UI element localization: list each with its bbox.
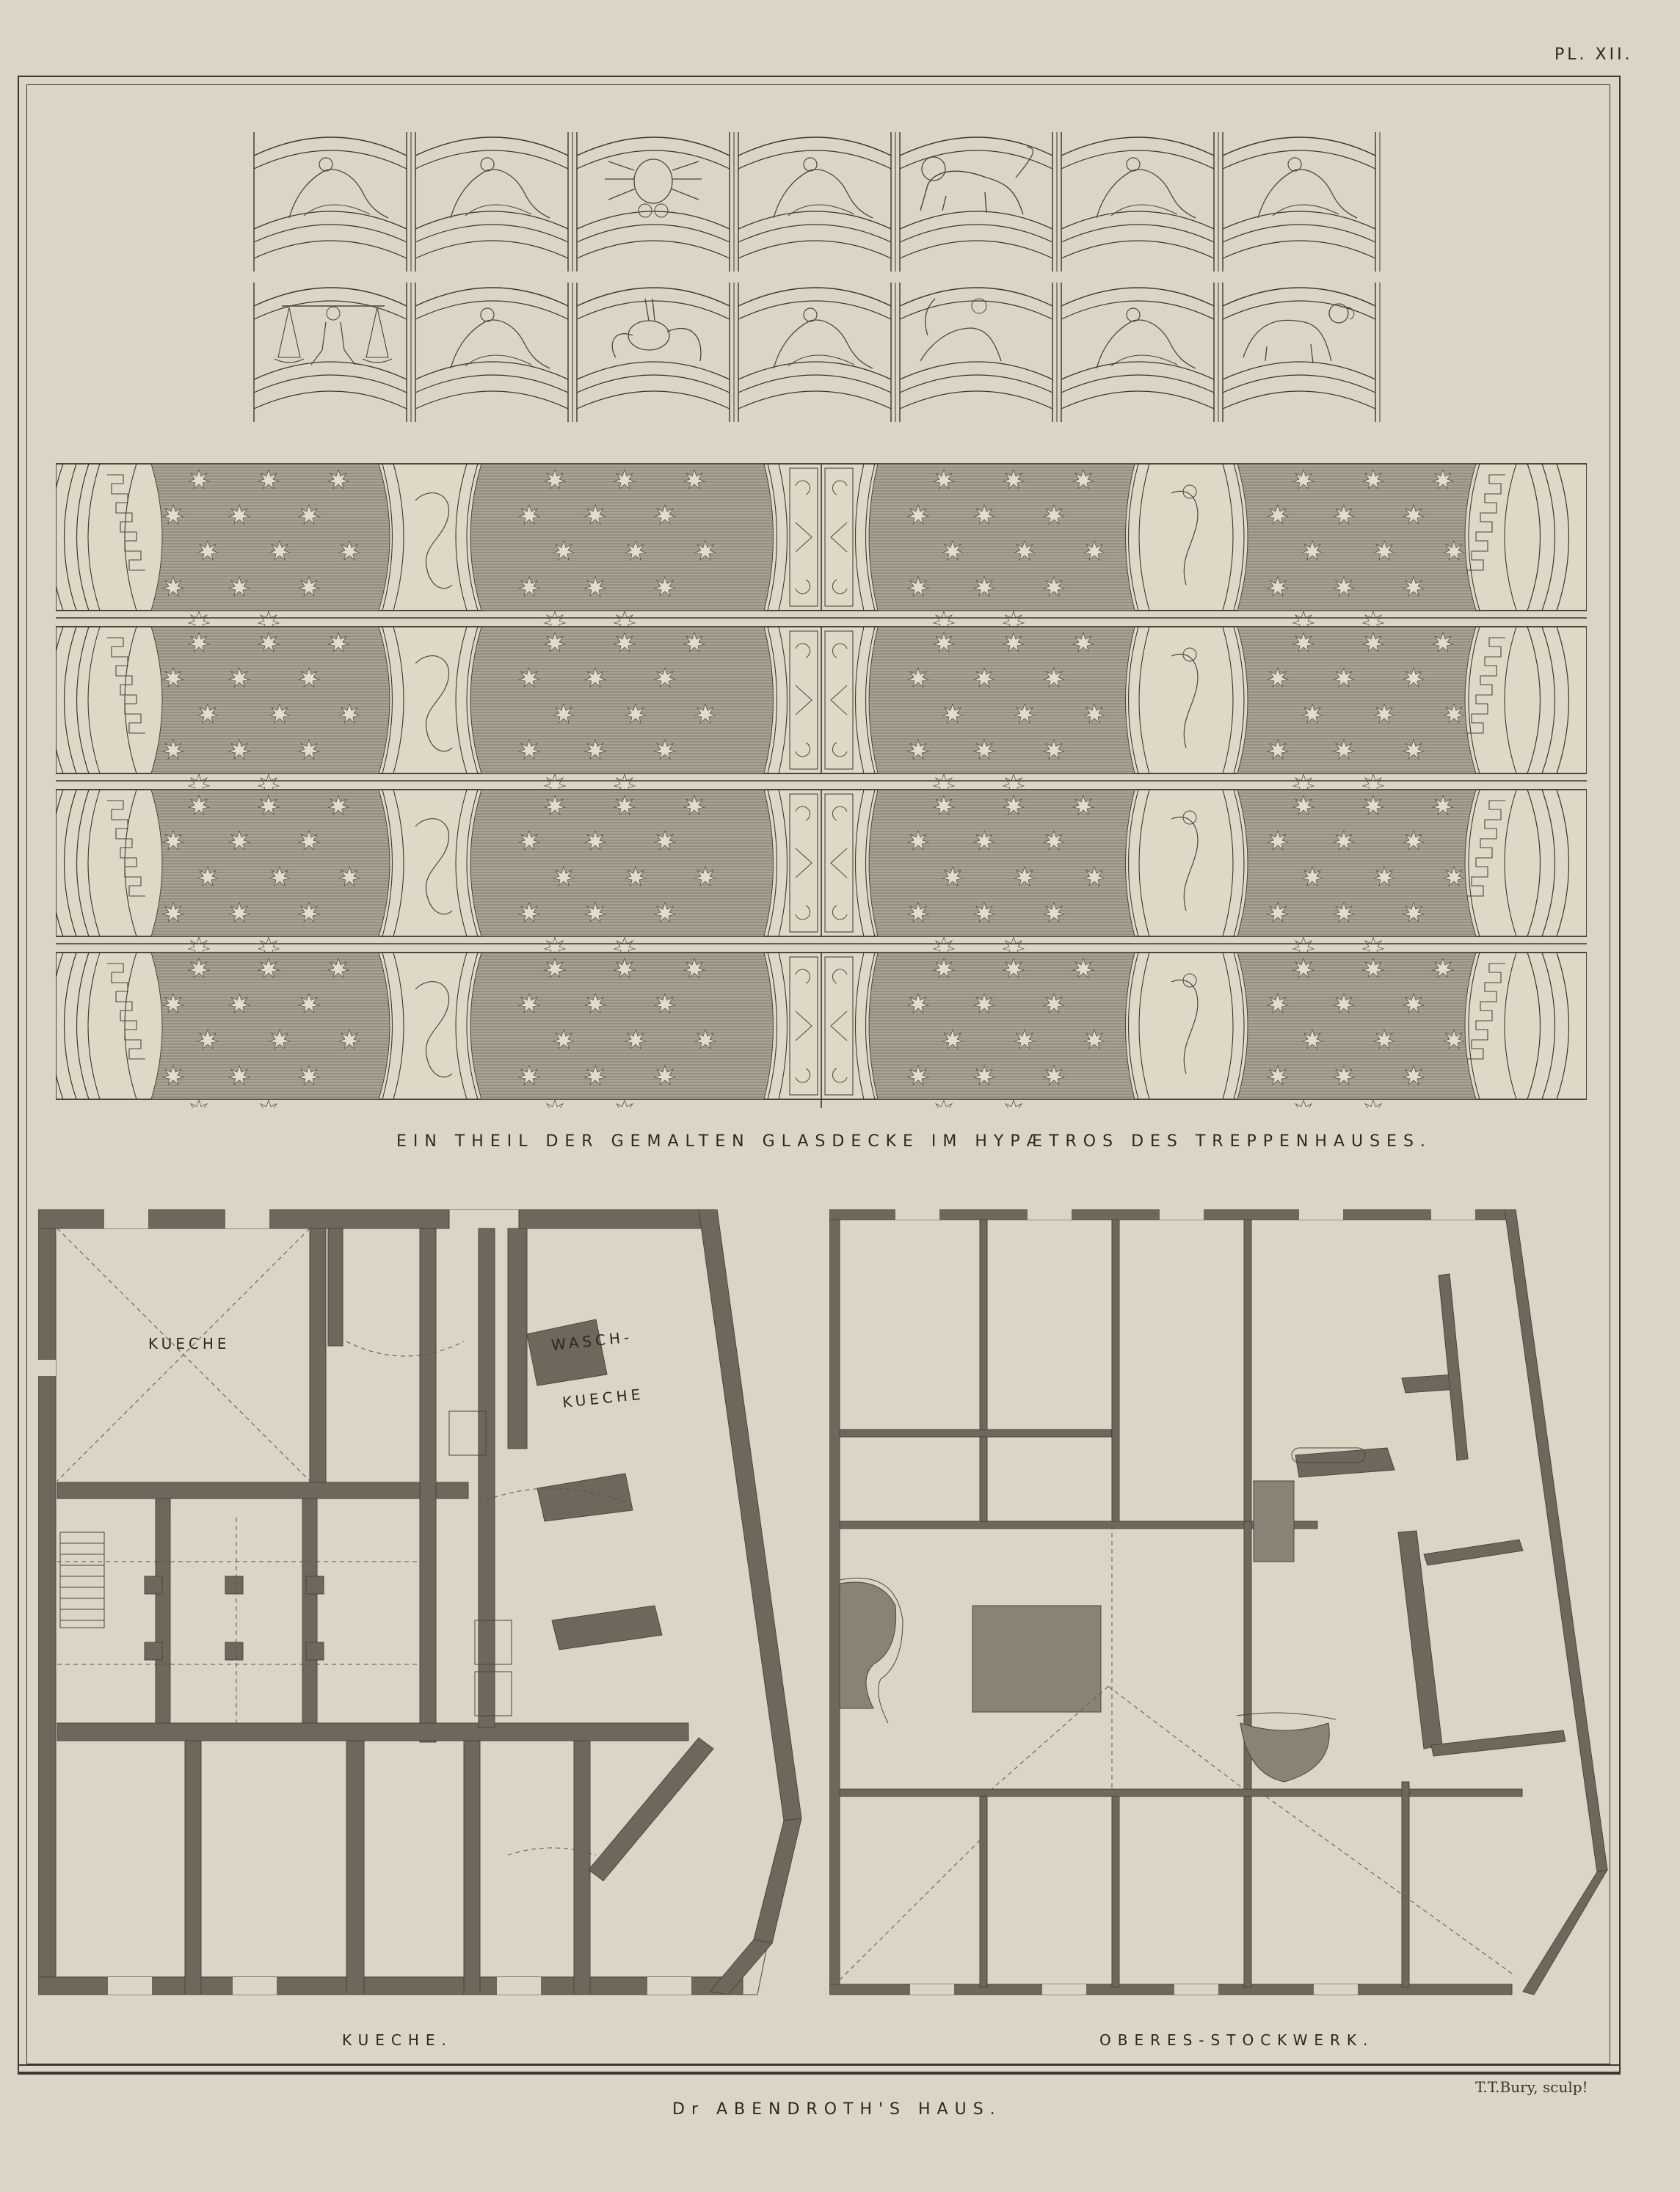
floor-plan-oberes-stockwerk	[829, 1209, 1622, 2024]
frame-bottom-rule-2	[18, 2072, 1619, 2073]
floor-plan-oberes-drawing	[829, 1209, 1622, 2024]
frame-bottom-rule	[18, 2064, 1619, 2066]
room-label-waschkueche: KUECHE	[561, 1385, 644, 1411]
engraver-credit: T.T.Bury, sculp!	[1475, 2078, 1588, 2096]
glass-ceiling-section	[56, 461, 1587, 1108]
plate-title: Dr ABENDROTH'S HAUS.	[672, 2100, 1002, 2119]
plate-number: PL. XII.	[1554, 45, 1633, 64]
zodiac-relief-grid-drawing	[252, 126, 1390, 427]
floor-plan-kueche-label: KUECHE.	[342, 2031, 453, 2049]
room-label-kueche: KUECHE	[148, 1335, 230, 1352]
floor-plan-kueche-drawing: KUECHE WASCH- KUECHE	[38, 1209, 831, 2024]
ceiling-caption: EIN THEIL DER GEMALTEN GLASDECKE IM HYPÆ…	[396, 1132, 1432, 1151]
zodiac-reliefs	[252, 126, 1390, 427]
glass-ceiling-drawing	[56, 461, 1587, 1108]
floor-plan-kueche: KUECHE WASCH- KUECHE	[38, 1209, 831, 2024]
floor-plan-oberes-label: OBERES-STOCKWERK.	[1099, 2031, 1374, 2049]
ceiling-band-1	[56, 464, 1587, 630]
